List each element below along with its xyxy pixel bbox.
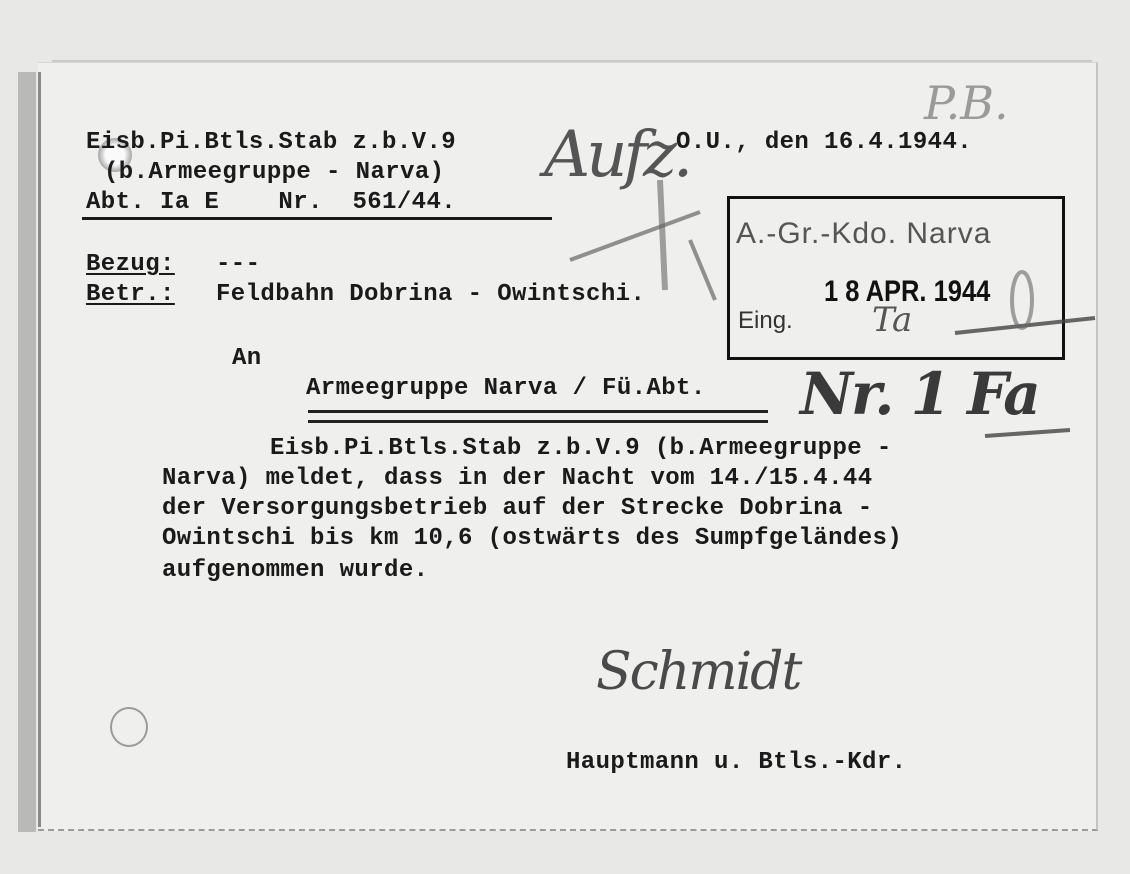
punch-hole-bottom [110,707,148,747]
card-left-edge [38,72,41,827]
signature-title: Hauptmann u. Btls.-Kdr. [566,748,906,778]
unit-line-2: (b.Armeegruppe - Narva) [104,158,444,188]
bezug-label: Bezug: [86,250,175,280]
header-underline [82,217,552,220]
top-right-initials: P.B. [924,76,1009,130]
handwritten-signature: Schmidt [596,642,800,702]
betr-value: Feldbahn Dobrina - Owintschi. [216,280,645,310]
scan-edge-shadow [18,72,36,832]
body-line-1: Eisb.Pi.Btls.Stab z.b.V.9 (b.Armeegruppe… [270,434,892,464]
recipient-double-underline [308,410,768,423]
body-line-2: Narva) meldet, dass in der Nacht vom 14.… [162,464,873,494]
body-line-4: Owintschi bis km 10,6 (ostwärts des Sump… [162,524,902,554]
department-number-line: Abt. Ia E Nr. 561/44. [86,188,456,218]
body-line-3: der Versorgungsbetrieb auf der Strecke D… [162,494,873,524]
stamp-title: A.-Gr.-Kdo. Narva [736,217,991,251]
stamp-handwritten-initials: Ta [872,300,912,340]
betr-label: Betr.: [86,280,175,310]
an-label: An [232,344,262,374]
bezug-value: --- [216,250,260,280]
unit-line-1: Eisb.Pi.Btls.Stab z.b.V.9 [86,128,456,158]
number-note: Nr. 1 Fa [800,360,1039,428]
place-date: O.U., den 16.4.1944. [676,128,972,158]
center-paraph: Aufz. [544,118,689,192]
body-line-5: aufgenommen wurde. [162,556,428,586]
recipient: Armeegruppe Narva / Fü.Abt. [306,374,706,404]
stamp-eing-label: Eing. [738,307,793,335]
